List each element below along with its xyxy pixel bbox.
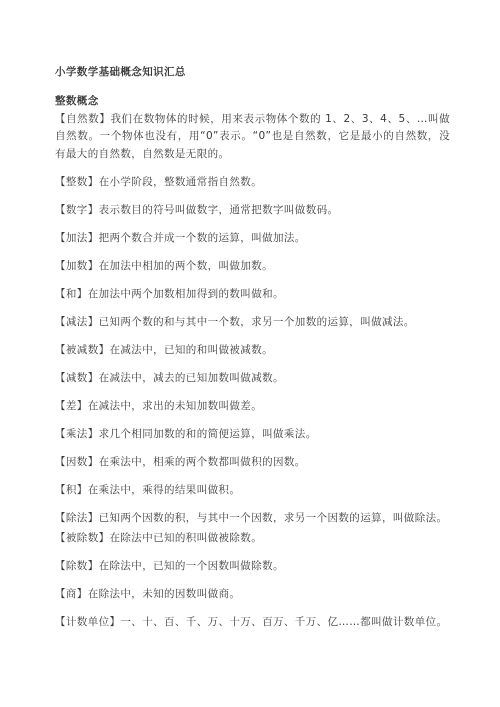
entry-sum: 【和】在加法中两个加数相加得到的数叫做和。: [55, 286, 450, 304]
entry-counting-unit: 【计数单位】一、十、百、千、万、十万、百万、千万、亿……都叫做计数单位。: [55, 614, 450, 632]
section-heading: 整数概念: [55, 93, 450, 111]
entry-division: 【除法】已知两个因数的积，与其中一个因数，求另一个因数的运算，叫做除法。: [55, 510, 450, 528]
entry-digit: 【数字】表示数目的符号叫做数字，通常把数字叫做数码。: [55, 202, 450, 220]
entry-difference: 【差】在减法中，求出的未知加数叫做差。: [55, 398, 450, 416]
entry-addend: 【加数】在加法中相加的两个数，叫做加数。: [55, 258, 450, 276]
entry-integer: 【整数】在小学阶段，整数通常指自然数。: [55, 174, 450, 192]
entry-dividend: 【被除数】在除法中已知的积叫做被除数。: [55, 530, 450, 548]
entry-product: 【积】在乘法中，乘得的结果叫做积。: [55, 482, 450, 500]
entry-natural-number: 【自然数】我们在数物体的时候，用来表示物体个数的 1、2、3、4、5、…叫做自然…: [55, 111, 450, 164]
document-page: 小学数学基础概念知识汇总 整数概念 【自然数】我们在数物体的时候，用来表示物体个…: [0, 0, 500, 707]
entry-divisor: 【除数】在除法中，已知的一个因数叫做除数。: [55, 558, 450, 576]
entry-factor: 【因数】在乘法中，相乘的两个数都叫做积的因数。: [55, 454, 450, 472]
entry-multiplication: 【乘法】求几个相同加数的和的简便运算，叫做乘法。: [55, 426, 450, 444]
entry-subtraction: 【减法】已知两个数的和与其中一个数，求另一个加数的运算，叫做减法。: [55, 314, 450, 332]
entry-minuend: 【被减数】在减法中，已知的和叫做被减数。: [55, 342, 450, 360]
entry-addition: 【加法】把两个数合并成一个数的运算，叫做加法。: [55, 230, 450, 248]
entry-subtrahend: 【减数】在减法中，减去的已知加数叫做减数。: [55, 370, 450, 388]
document-title: 小学数学基础概念知识汇总: [55, 66, 450, 78]
entry-quotient: 【商】在除法中，未知的因数叫做商。: [55, 586, 450, 604]
